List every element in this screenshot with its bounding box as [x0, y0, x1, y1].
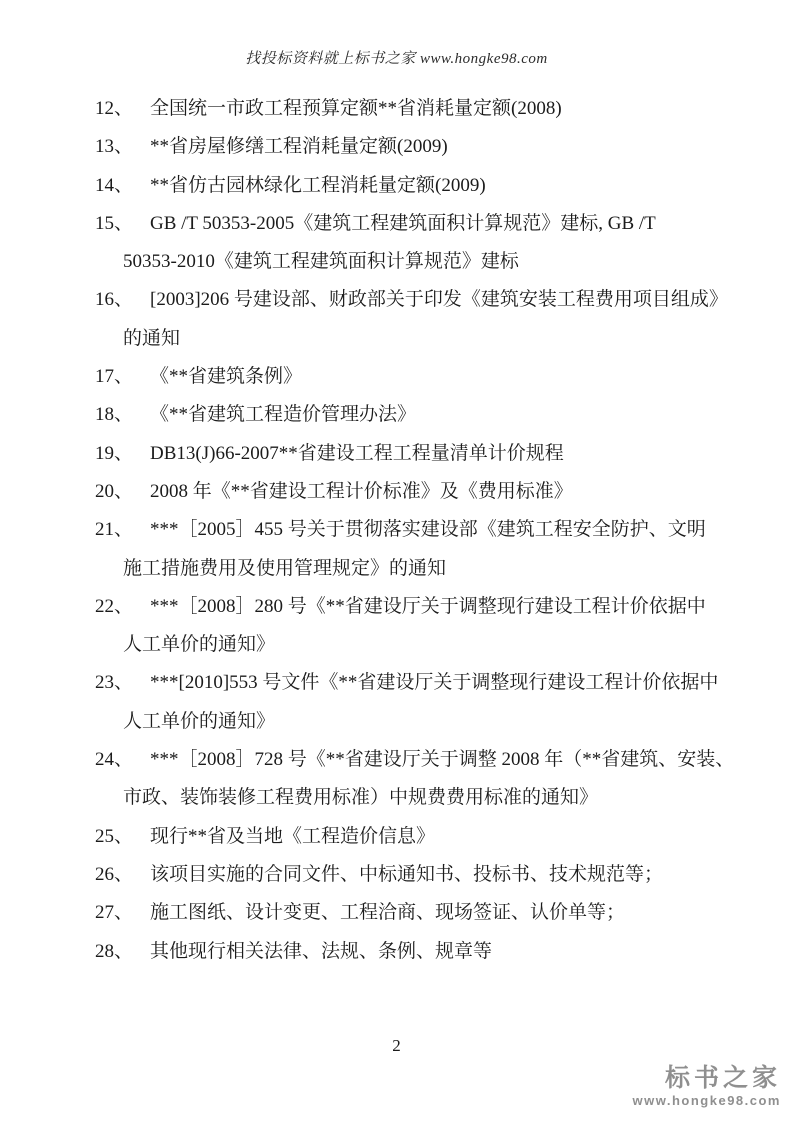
item-text: ***[2010]553 号文件《**省建设厅关于调整现行建设工程计价依据中 — [150, 672, 718, 693]
item-text: ***［2005］455 号关于贯彻落实建设部《建筑工程安全防护、文明 — [150, 519, 706, 540]
item-number: 19、 — [95, 435, 150, 473]
list-item: 25、现行**省及当地《工程造价信息》 — [0, 818, 793, 856]
page-number: 2 — [0, 1036, 793, 1056]
item-number: 27、 — [95, 894, 150, 932]
item-number: 15、 — [95, 205, 150, 243]
footer-watermark: 标书之家 www.hongke98.com — [633, 1064, 782, 1108]
item-number: 20、 — [95, 473, 150, 511]
item-text: ***［2008］280 号《**省建设厅关于调整现行建设工程计价依据中 — [150, 596, 706, 617]
item-text-continuation: 的通知 — [123, 320, 793, 358]
list-item: 28、其他现行相关法律、法规、条例、规章等 — [0, 933, 793, 971]
item-number: 23、 — [95, 664, 150, 702]
list-item: 20、2008 年《**省建设工程计价标准》及《费用标准》 — [0, 473, 793, 511]
item-text-continuation: 人工单价的通知》 — [123, 626, 793, 664]
list-item: 22、***［2008］280 号《**省建设厅关于调整现行建设工程计价依据中 … — [0, 588, 793, 665]
list-item: 17、《**省建筑条例》 — [0, 358, 793, 396]
item-text: GB /T 50353-2005《建筑工程建筑面积计算规范》建标, GB /T — [150, 213, 656, 234]
item-text: [2003]206 号建设部、财政部关于印发《建筑安装工程费用项目组成》 — [150, 289, 728, 310]
item-text: 该项目实施的合同文件、中标通知书、投标书、技术规范等； — [150, 864, 663, 885]
item-text: DB13(J)66-2007**省建设工程工程量清单计价规程 — [150, 443, 564, 464]
list-item: 14、**省仿古园林绿化工程消耗量定额(2009) — [0, 167, 793, 205]
item-text-continuation: 50353-2010《建筑工程建筑面积计算规范》建标 — [123, 243, 793, 281]
list-item: 15、GB /T 50353-2005《建筑工程建筑面积计算规范》建标, GB … — [0, 205, 793, 282]
watermark-logo-text: 标书之家 — [633, 1064, 782, 1092]
item-number: 25、 — [95, 818, 150, 856]
list-item: 26、该项目实施的合同文件、中标通知书、投标书、技术规范等； — [0, 856, 793, 894]
item-number: 21、 — [95, 511, 150, 549]
item-text: 2008 年《**省建设工程计价标准》及《费用标准》 — [150, 481, 573, 502]
item-text: 全国统一市政工程预算定额**省消耗量定额(2008) — [150, 98, 562, 119]
item-text: 现行**省及当地《工程造价信息》 — [150, 826, 435, 847]
item-number: 16、 — [95, 281, 150, 319]
item-number: 17、 — [95, 358, 150, 396]
header-watermark-text: 找投标资料就上标书之家 www.hongke98.com — [0, 47, 793, 68]
item-number: 28、 — [95, 933, 150, 971]
item-text: 施工图纸、设计变更、工程洽商、现场签证、认价单等； — [150, 902, 625, 923]
item-number: 22、 — [95, 588, 150, 626]
item-text-continuation: 施工措施费用及使用管理规定》的通知 — [123, 550, 793, 588]
list-item: 21、***［2005］455 号关于贯彻落实建设部《建筑工程安全防护、文明 施… — [0, 511, 793, 588]
item-number: 12、 — [95, 90, 150, 128]
item-number: 26、 — [95, 856, 150, 894]
list-item: 13、**省房屋修缮工程消耗量定额(2009) — [0, 128, 793, 166]
document-page: 找投标资料就上标书之家 www.hongke98.com 12、全国统一市政工程… — [0, 0, 793, 1122]
item-text: 《**省建筑条例》 — [150, 366, 302, 387]
item-number: 14、 — [95, 167, 150, 205]
numbered-list: 12、全国统一市政工程预算定额**省消耗量定额(2008) 13、**省房屋修缮… — [0, 90, 793, 971]
list-item: 18、《**省建筑工程造价管理办法》 — [0, 396, 793, 434]
item-text: **省房屋修缮工程消耗量定额(2009) — [150, 136, 448, 157]
list-item: 19、DB13(J)66-2007**省建设工程工程量清单计价规程 — [0, 435, 793, 473]
item-text: **省仿古园林绿化工程消耗量定额(2009) — [150, 175, 486, 196]
watermark-url-text: www.hongke98.com — [633, 1093, 782, 1108]
list-item: 27、施工图纸、设计变更、工程洽商、现场签证、认价单等； — [0, 894, 793, 932]
list-item: 16、[2003]206 号建设部、财政部关于印发《建筑安装工程费用项目组成》 … — [0, 281, 793, 358]
item-number: 13、 — [95, 128, 150, 166]
list-item: 12、全国统一市政工程预算定额**省消耗量定额(2008) — [0, 90, 793, 128]
item-number: 18、 — [95, 396, 150, 434]
item-text-continuation: 人工单价的通知》 — [123, 703, 793, 741]
item-text: 《**省建筑工程造价管理办法》 — [150, 404, 416, 425]
item-text: ***［2008］728 号《**省建设厅关于调整 2008 年（**省建筑、安… — [150, 749, 734, 770]
item-number: 24、 — [95, 741, 150, 779]
list-item: 23、***[2010]553 号文件《**省建设厅关于调整现行建设工程计价依据… — [0, 664, 793, 741]
item-text-continuation: 市政、装饰装修工程费用标准）中规费费用标准的通知》 — [123, 779, 793, 817]
list-item: 24、***［2008］728 号《**省建设厅关于调整 2008 年（**省建… — [0, 741, 793, 818]
item-text: 其他现行相关法律、法规、条例、规章等 — [150, 941, 492, 962]
